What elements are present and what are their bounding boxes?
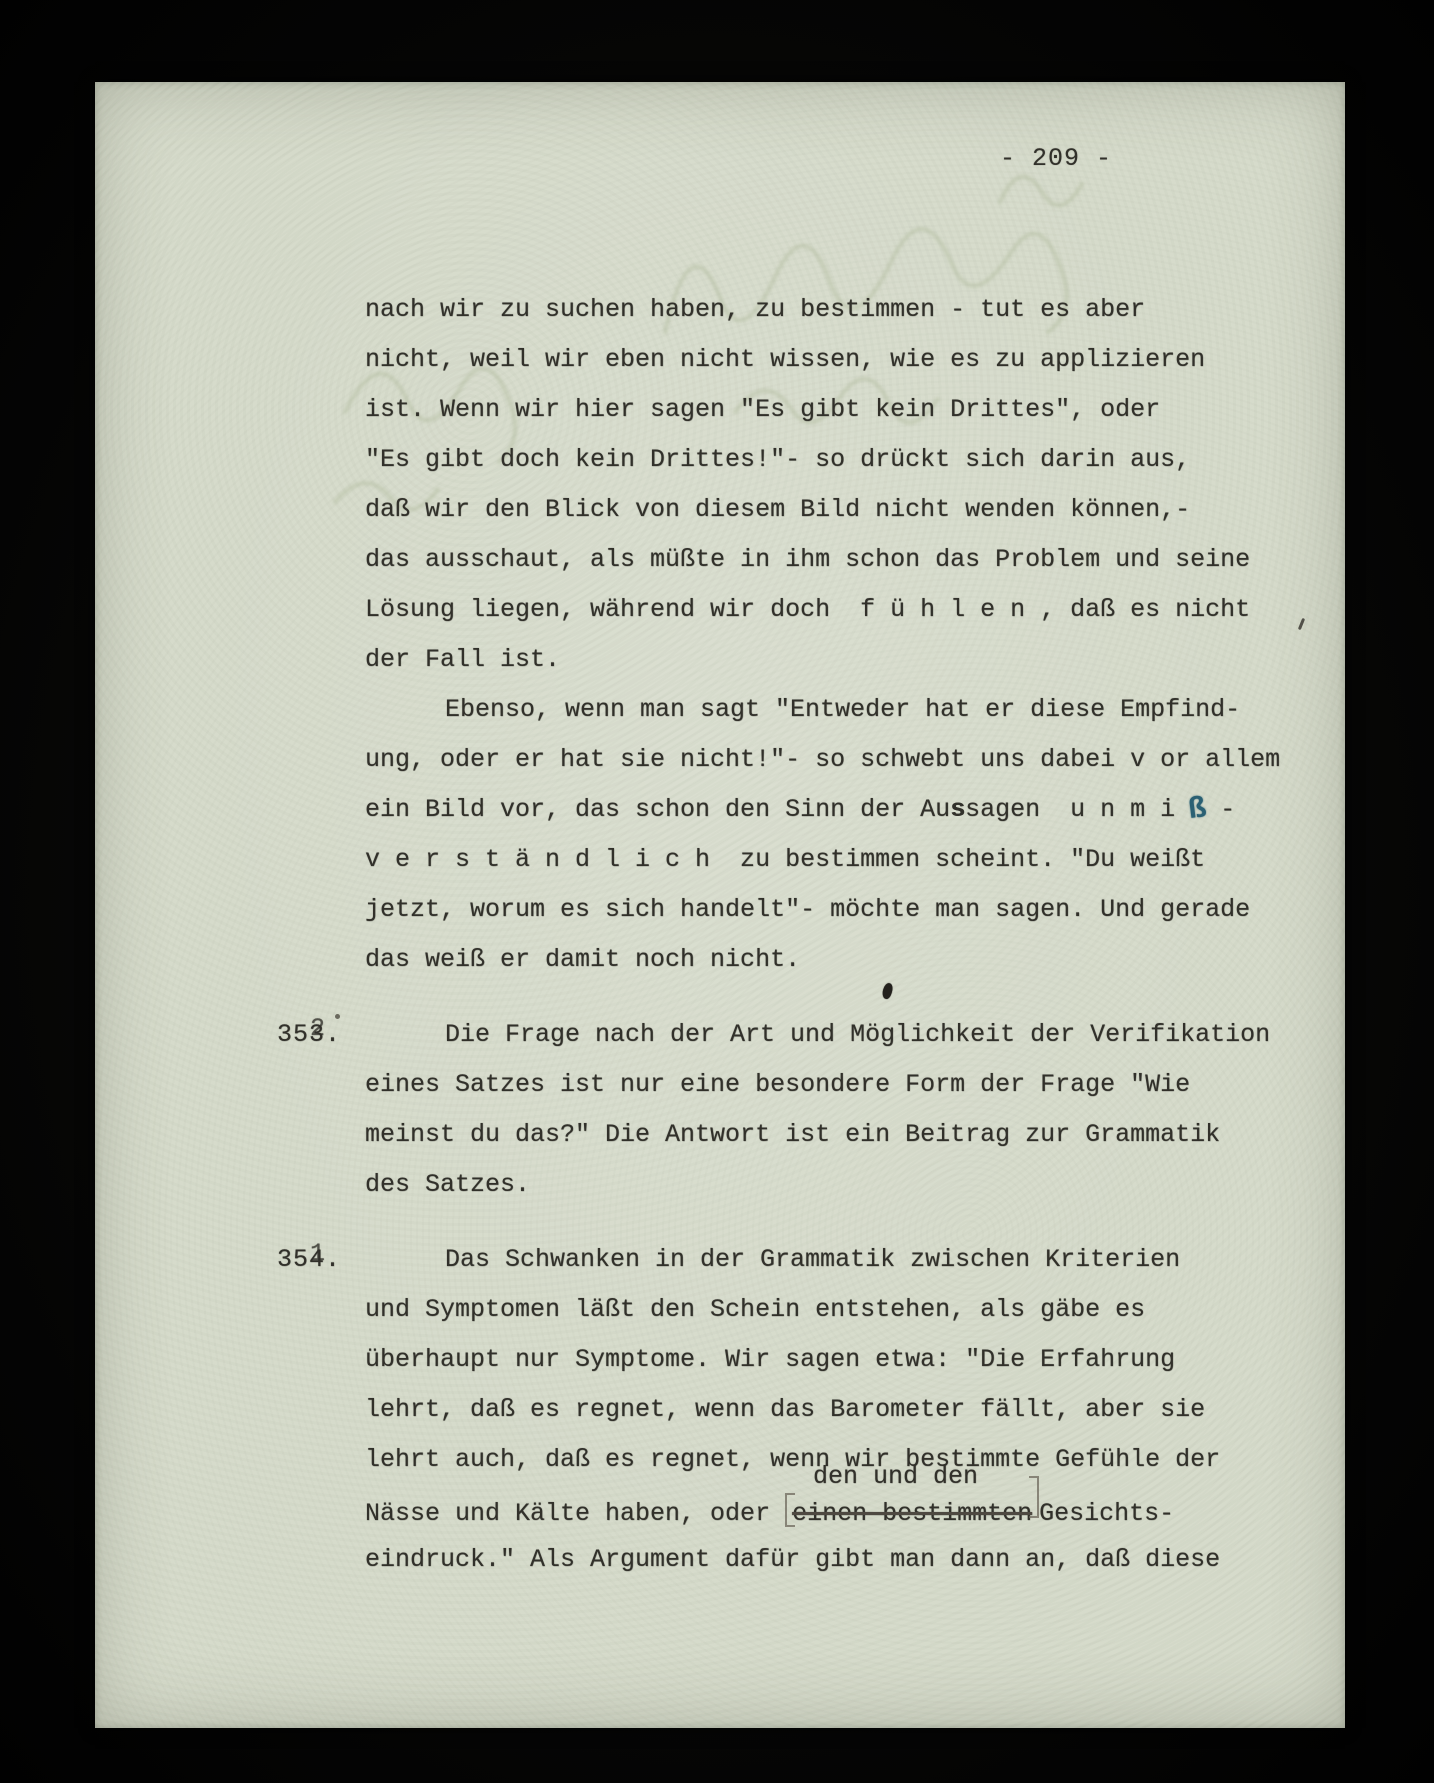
typed-text: lehrt auch, daß es regnet, wenn wir best…	[365, 1445, 1220, 1474]
typed-line: 354.Das Schwanken in der Grammatik zwisc…	[365, 1235, 1325, 1285]
typed-text: eines Satzes ist nur eine besondere Form…	[365, 1070, 1190, 1099]
overtyped-letter: s	[950, 795, 965, 824]
typed-text: und Symptomen läßt den Schein entstehen,…	[365, 1295, 1145, 1324]
typed-line: meinst du das?" Die Antwort ist ein Beit…	[365, 1110, 1325, 1160]
typed-line: überhaupt nur Symptome. Wir sagen etwa: …	[365, 1335, 1325, 1385]
typed-text: Nässe und Kälte haben, oder	[365, 1499, 785, 1528]
typed-line: nicht, weil wir eben nicht wissen, wie e…	[365, 335, 1325, 385]
typed-text: Lösung liegen, während wir doch f ü h l …	[365, 595, 1250, 624]
typed-text: Das Schwanken in der Grammatik zwischen …	[445, 1245, 1180, 1274]
typed-insertion: den und den	[813, 1464, 978, 1489]
typed-line: lehrt, daß es regnet, wenn das Barometer…	[365, 1385, 1325, 1435]
section-number: 353.	[277, 1010, 341, 1060]
typed-line: daß wir den Blick von diesem Bild nicht …	[365, 485, 1325, 535]
typed-line: jetzt, worum es sich handelt"- möchte ma…	[365, 885, 1325, 935]
typed-lines: nach wir zu suchen haben, zu bestimmen -…	[365, 285, 1325, 1585]
typed-line: "Es gibt doch kein Drittes!"- so drückt …	[365, 435, 1325, 485]
typed-line: Nässe und Kälte haben, oder einen bestim…	[365, 1485, 1325, 1535]
typed-text: Ebenso, wenn man sagt "Entweder hat er d…	[445, 695, 1240, 724]
pencil-bracket-right	[1029, 1476, 1039, 1518]
typed-text: des Satzes.	[365, 1170, 530, 1199]
section-number: 354.	[277, 1235, 341, 1285]
typed-text: überhaupt nur Symptome. Wir sagen etwa: …	[365, 1345, 1175, 1374]
typed-text: nicht, weil wir eben nicht wissen, wie e…	[365, 345, 1205, 374]
typed-text: ist. Wenn wir hier sagen "Es gibt kein D…	[365, 395, 1160, 424]
typed-text: -	[1205, 795, 1235, 824]
typed-line: Lösung liegen, während wir doch f ü h l …	[365, 585, 1325, 635]
typed-text: Gesichts-	[1039, 1499, 1174, 1528]
typed-line: das ausschaut, als müßte in ihm schon da…	[365, 535, 1325, 585]
overtyped-digit: 3	[309, 1010, 325, 1060]
typed-text: sagen u n m i	[965, 795, 1190, 824]
typed-text: v e r s t ä n d l i c h zu bestimmen sch…	[365, 845, 1205, 874]
typed-text: jetzt, worum es sich handelt"- möchte ma…	[365, 895, 1250, 924]
page-number: - 209 -	[1000, 144, 1112, 174]
typed-text: lehrt, daß es regnet, wenn das Barometer…	[365, 1395, 1205, 1424]
typed-text: das weiß er damit noch nicht.	[365, 945, 800, 974]
typed-text: das ausschaut, als müßte in ihm schon da…	[365, 545, 1250, 574]
typed-text: Die Frage nach der Art und Möglichkeit d…	[445, 1020, 1270, 1049]
typed-line: der Fall ist.	[365, 635, 1325, 685]
typed-line: Ebenso, wenn man sagt "Entweder hat er d…	[365, 685, 1325, 735]
typed-text: "Es gibt doch kein Drittes!"- so drückt …	[365, 445, 1190, 474]
typed-line: nach wir zu suchen haben, zu bestimmen -…	[365, 285, 1325, 335]
margin-ink-speck	[335, 1014, 340, 1019]
typed-line: 353.Die Frage nach der Art und Möglichke…	[365, 1010, 1325, 1060]
typed-line: ist. Wenn wir hier sagen "Es gibt kein D…	[365, 385, 1325, 435]
typed-line: eindruck." Als Argument dafür gibt man d…	[365, 1535, 1325, 1585]
typed-line: ein Bild vor, das schon den Sinn der Aus…	[365, 785, 1325, 835]
typed-text: eindruck." Als Argument dafür gibt man d…	[365, 1545, 1220, 1574]
typed-text: ung, oder er hat sie nicht!"- so schwebt…	[365, 745, 1280, 774]
scanned-page-screenshot: - 209 - nach wir zu suchen haben, zu bes…	[0, 0, 1434, 1783]
typed-line: und Symptomen läßt den Schein entstehen,…	[365, 1285, 1325, 1335]
typed-line: v e r s t ä n d l i c h zu bestimmen sch…	[365, 835, 1325, 885]
typed-line: das weiß er damit noch nicht.	[365, 935, 1325, 985]
typed-line: ung, oder er hat sie nicht!"- so schwebt…	[365, 735, 1325, 785]
typed-text: der Fall ist.	[365, 645, 560, 674]
paper-sheet: - 209 - nach wir zu suchen haben, zu bes…	[95, 82, 1345, 1728]
typed-text: nach wir zu suchen haben, zu bestimmen -…	[365, 295, 1145, 324]
typed-line: des Satzes.	[365, 1160, 1325, 1210]
typed-text: daß wir den Blick von diesem Bild nicht …	[365, 495, 1190, 524]
struck-text: einen bestimmten	[792, 1499, 1032, 1528]
typed-text: ein Bild vor, das schon den Sinn der Au	[365, 795, 950, 824]
typed-line: eines Satzes ist nur eine besondere Form…	[365, 1060, 1325, 1110]
overtyped-digit: 4	[309, 1235, 325, 1285]
pencil-bracket-left	[785, 1493, 795, 1527]
typed-text: meinst du das?" Die Antwort ist ein Beit…	[365, 1120, 1220, 1149]
handwritten-eszett: ß	[1185, 780, 1210, 841]
